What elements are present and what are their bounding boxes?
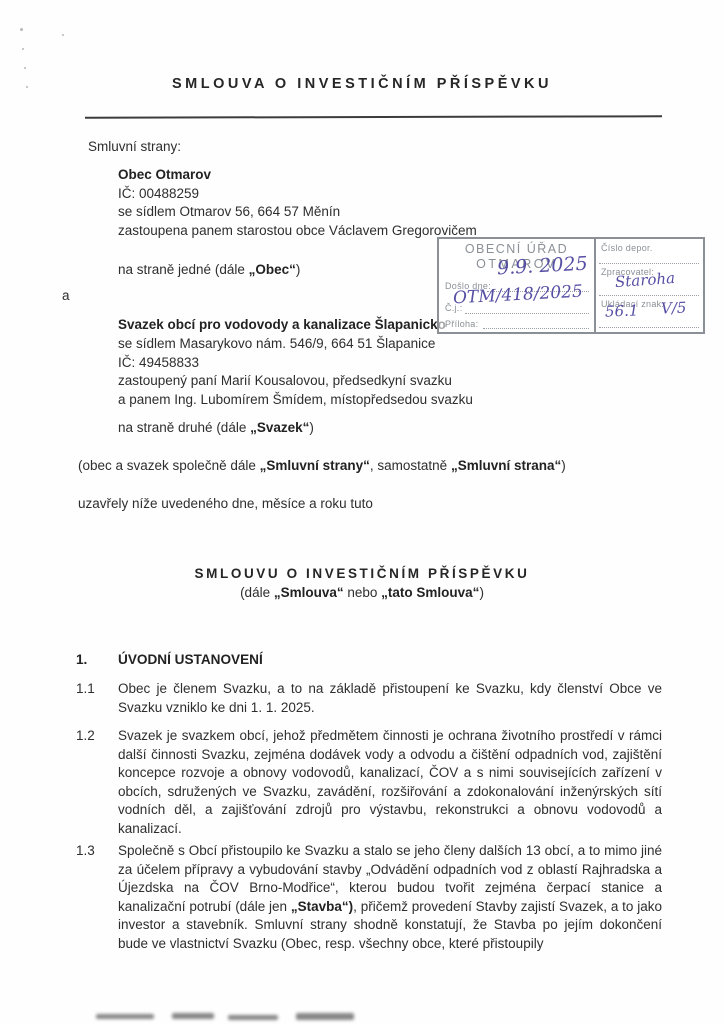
party2-block: Svazek obcí pro vodovody a kanalizace Šl…: [118, 316, 473, 410]
section1-number: 1.: [76, 651, 87, 670]
party1-block: Obec Otmarov IČ: 00488259 se sídlem Otma…: [118, 166, 477, 240]
party2-representative-2: a panem Ing. Lubomírem Šmídem, místopřed…: [118, 391, 473, 410]
parties-label: Smluvní strany:: [88, 138, 181, 157]
party2-address: se sídlem Masarykovo nám. 546/9, 664 51 …: [118, 335, 473, 354]
party1-name: Obec Otmarov: [118, 166, 477, 185]
section1-heading: ÚVODNÍ USTANOVENÍ: [118, 651, 263, 670]
office-stamp: OBECNÍ ÚŘAD OTMAROV Došlo dne: Č.j.: Pří…: [437, 237, 705, 334]
stamp-cislo-depor-label: Číslo depor.: [601, 243, 653, 253]
document-page: SMLOUVA O INVESTIČNÍM PŘÍSPĚVKU Smluvní …: [0, 0, 724, 1024]
scan-speck: [62, 34, 64, 36]
para-1-1-number: 1.1: [76, 680, 95, 699]
handwritten-date: 9.9. 2025: [496, 253, 588, 280]
stamp-divider: [594, 239, 596, 332]
scan-smudge: [296, 1013, 354, 1020]
contract-heading: SMLOUVU O INVESTIČNÍM PŘÍSPĚVKU: [0, 566, 724, 581]
party1-representative: zastoupena panem starostou obce Václavem…: [118, 222, 477, 241]
stamp-cislo-depor-line: [599, 263, 699, 264]
stamp-priloha-label: Příloha:: [445, 319, 478, 329]
document-title: SMLOUVA O INVESTIČNÍM PŘÍSPĚVKU: [0, 76, 724, 92]
para-1-2-number: 1.2: [76, 727, 95, 746]
scan-speck: [20, 28, 23, 31]
stamp-zpracovatel-line: [599, 295, 699, 296]
party2-ic: IČ: 49458833: [118, 354, 473, 373]
joint-designation: (obec a svazek společně dále „Smluvní st…: [78, 457, 566, 476]
handwritten-filing-mark-2: V/5: [661, 299, 687, 318]
scan-speck: [22, 48, 24, 50]
stamp-cj-line: [465, 313, 589, 314]
title-rule: [85, 115, 662, 119]
party1-address: se sídlem Otmarov 56, 664 57 Měnín: [118, 203, 477, 222]
stamp-priloha-line: [483, 328, 589, 329]
para-1-3: Společně s Obcí přistoupilo ke Svazku a …: [118, 842, 662, 954]
scan-speck: [24, 67, 26, 69]
para-1-2: Svazek je svazkem obcí, jehož předmětem …: [118, 727, 662, 839]
handwritten-filing-mark-1: 56.1: [605, 301, 639, 320]
closing-intro: uzavřely níže uvedeného dne, měsíce a ro…: [78, 495, 373, 514]
stamp-ukladaci-line: [599, 327, 699, 328]
scan-smudge: [228, 1015, 278, 1020]
connector-a: a: [62, 287, 70, 306]
handwritten-clerk-name: Staroha: [614, 269, 675, 291]
para-1-1: Obec je členem Svazku, a to na základě p…: [118, 680, 662, 717]
party2-role: na straně druhé (dále „Svazek“): [118, 419, 314, 438]
party2-name: Svazek obcí pro vodovody a kanalizace Šl…: [118, 316, 473, 335]
party2-representative-1: zastoupený paní Marií Kousalovou, předse…: [118, 372, 473, 391]
scan-smudge: [96, 1014, 154, 1019]
contract-heading-sub: (dále „Smlouva“ nebo „tato Smlouva“): [0, 585, 724, 600]
para-1-3-number: 1.3: [76, 842, 95, 861]
scan-smudge: [172, 1013, 214, 1019]
party1-role: na straně jedné (dále „Obec“): [118, 261, 300, 280]
party1-ic: IČ: 00488259: [118, 185, 477, 204]
